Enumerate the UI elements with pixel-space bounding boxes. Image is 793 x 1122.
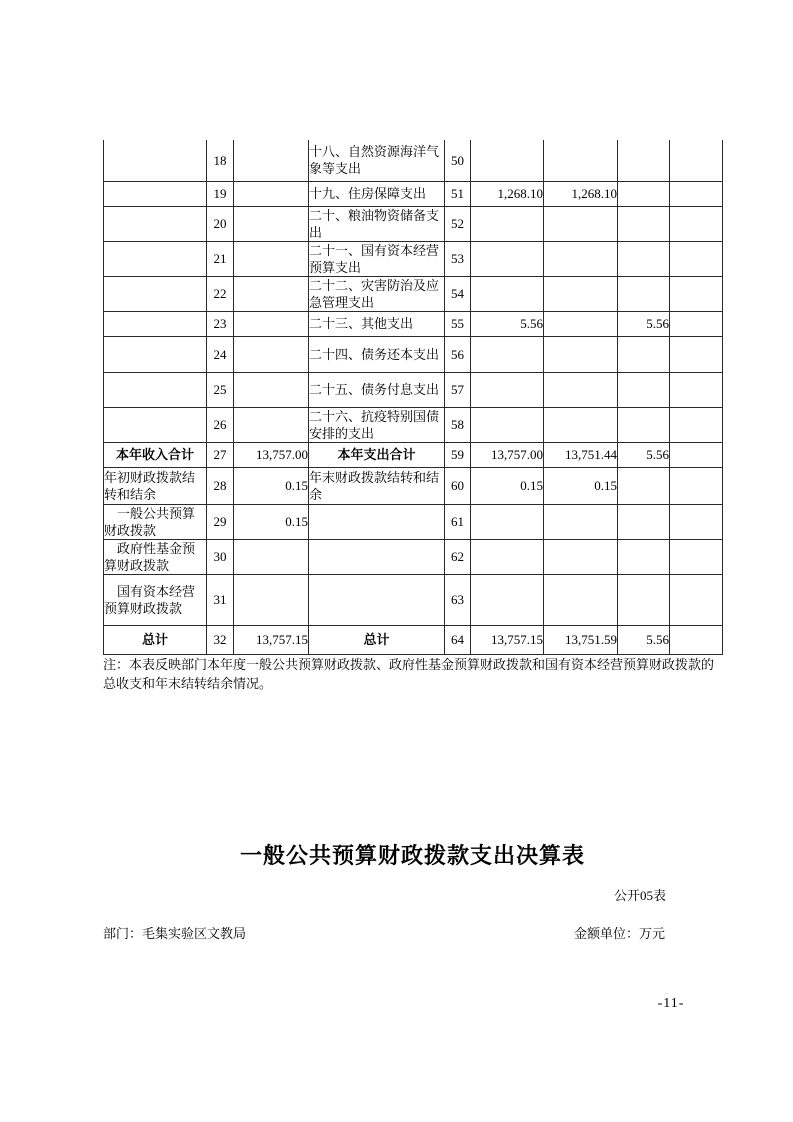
table-cell: 二十一、国有资本经营预算支出	[309, 241, 445, 276]
table-cell	[618, 241, 670, 276]
table-cell: 24	[207, 336, 234, 372]
table-cell: 国有资本经营预算财政拨款	[104, 574, 207, 625]
table-cell: 0.15	[234, 467, 309, 504]
table-cell: 5.56	[618, 442, 670, 467]
table-cell	[309, 574, 445, 625]
table-cell: 年初财政拨款结转和结余	[104, 467, 207, 504]
table-cell: 二十三、其他支出	[309, 311, 445, 336]
table-cell: 政府性基金预算财政拨款	[104, 539, 207, 574]
table-cell	[234, 206, 309, 241]
table-cell	[670, 539, 723, 574]
table-cell: 56	[445, 336, 471, 372]
table-cell	[670, 467, 723, 504]
table-cell: 13,751.59	[544, 625, 618, 654]
table-cell	[544, 504, 618, 539]
table-cell: 13,757.00	[234, 442, 309, 467]
table-cell: 一般公共预算财政拨款	[104, 504, 207, 539]
table-cell: 5.56	[618, 625, 670, 654]
department-label: 部门：毛集实验区文教局	[103, 923, 246, 942]
table-cell	[618, 504, 670, 539]
table-cell	[471, 504, 544, 539]
table-cell: 二十、粮油物资储备支出	[309, 206, 445, 241]
table-row: 21二十一、国有资本经营预算支出53	[104, 241, 723, 276]
table-row: 本年收入合计2713,757.00本年支出合计5913,757.0013,751…	[104, 442, 723, 467]
table-cell: 50	[445, 140, 471, 181]
table-cell: 55	[445, 311, 471, 336]
table-cell	[670, 276, 723, 311]
table-cell: 58	[445, 407, 471, 442]
table-cell	[471, 539, 544, 574]
table-row: 24二十四、债务还本支出56	[104, 336, 723, 372]
table-cell	[544, 276, 618, 311]
table-cell	[618, 574, 670, 625]
table-cell: 5.56	[471, 311, 544, 336]
table-cell: 22	[207, 276, 234, 311]
table-cell	[471, 140, 544, 181]
table-cell: 20	[207, 206, 234, 241]
table-cell	[471, 241, 544, 276]
table-cell: 31	[207, 574, 234, 625]
table-cell: 53	[445, 241, 471, 276]
table-cell: 18	[207, 140, 234, 181]
table-cell	[104, 206, 207, 241]
table-cell	[618, 336, 670, 372]
table-cell: 13,751.44	[544, 442, 618, 467]
table-cell: 64	[445, 625, 471, 654]
table-cell: 62	[445, 539, 471, 574]
table-cell	[544, 241, 618, 276]
table-cell	[618, 467, 670, 504]
table-cell	[234, 241, 309, 276]
document-page: 18十八、自然资源海洋气象等支出5019十九、住房保障支出511,268.101…	[0, 0, 793, 1122]
table-cell	[670, 504, 723, 539]
table-code-label: 公开05表	[103, 885, 666, 904]
table-cell	[618, 206, 670, 241]
table-cell: 0.15	[471, 467, 544, 504]
table-cell: 51	[445, 181, 471, 206]
table-cell: 二十五、债务付息支出	[309, 372, 445, 407]
table-cell	[544, 140, 618, 181]
table-cell: 十八、自然资源海洋气象等支出	[309, 140, 445, 181]
table-row: 22二十二、灾害防治及应急管理支出54	[104, 276, 723, 311]
table-cell	[234, 311, 309, 336]
table-cell: 25	[207, 372, 234, 407]
table-cell	[544, 336, 618, 372]
table-cell: 0.15	[234, 504, 309, 539]
table-cell	[104, 276, 207, 311]
table-cell	[471, 372, 544, 407]
table-cell	[544, 574, 618, 625]
table-cell	[544, 407, 618, 442]
page-number: -11-	[627, 996, 715, 1012]
table-cell: 26	[207, 407, 234, 442]
table-cell: 57	[445, 372, 471, 407]
table-cell: 52	[445, 206, 471, 241]
table-cell: 28	[207, 467, 234, 504]
table-cell: 总计	[104, 625, 207, 654]
table-cell	[618, 276, 670, 311]
table-cell: 13,757.00	[471, 442, 544, 467]
table-cell: 年末财政拨款结转和结余	[309, 467, 445, 504]
table-cell: 63	[445, 574, 471, 625]
table-row: 总计3213,757.15总计6413,757.1513,751.595.56	[104, 625, 723, 654]
table-cell: 二十四、债务还本支出	[309, 336, 445, 372]
table-cell	[670, 241, 723, 276]
table-cell	[544, 311, 618, 336]
table-cell	[104, 140, 207, 181]
table-cell	[544, 539, 618, 574]
table-cell	[471, 276, 544, 311]
table-cell	[670, 407, 723, 442]
table-cell	[234, 372, 309, 407]
table-cell	[471, 574, 544, 625]
table-cell	[670, 140, 723, 181]
table-cell	[234, 181, 309, 206]
table-cell: 29	[207, 504, 234, 539]
table-row: 18十八、自然资源海洋气象等支出50	[104, 140, 723, 181]
table-row: 20二十、粮油物资储备支出52	[104, 206, 723, 241]
table-cell	[234, 539, 309, 574]
table-cell: 13,757.15	[471, 625, 544, 654]
table-header-row: 部门：毛集实验区文教局 金额单位：万元	[103, 923, 665, 942]
table-cell	[309, 504, 445, 539]
table-cell	[471, 336, 544, 372]
table-cell: 总计	[309, 625, 445, 654]
table-cell	[670, 336, 723, 372]
table-cell: 本年支出合计	[309, 442, 445, 467]
table-cell: 1,268.10	[544, 181, 618, 206]
table-cell	[670, 206, 723, 241]
table-cell: 0.15	[544, 467, 618, 504]
table-row: 26二十六、抗疫特别国债安排的支出58	[104, 407, 723, 442]
table-cell	[234, 336, 309, 372]
table-row: 25二十五、债务付息支出57	[104, 372, 723, 407]
table-row: 国有资本经营预算财政拨款3163	[104, 574, 723, 625]
table-cell: 30	[207, 539, 234, 574]
table-cell	[104, 372, 207, 407]
table-cell	[670, 311, 723, 336]
next-table-title: 一般公共预算财政拨款支出决算表	[103, 839, 722, 870]
table-cell	[309, 539, 445, 574]
table-cell: 61	[445, 504, 471, 539]
fiscal-summary-table: 18十八、自然资源海洋气象等支出5019十九、住房保障支出511,268.101…	[103, 140, 723, 655]
table-cell	[104, 241, 207, 276]
table-cell	[618, 181, 670, 206]
table-cell	[544, 372, 618, 407]
table-cell: 十九、住房保障支出	[309, 181, 445, 206]
table-cell: 54	[445, 276, 471, 311]
table-cell	[544, 206, 618, 241]
table-cell: 23	[207, 311, 234, 336]
table-cell	[670, 181, 723, 206]
table-row: 政府性基金预算财政拨款3062	[104, 539, 723, 574]
table-cell	[618, 407, 670, 442]
table-note: 注：本表反映部门本年度一般公共预算财政拨款、政府性基金预算财政拨款和国有资本经营…	[103, 655, 715, 693]
table-cell	[234, 407, 309, 442]
table-cell: 59	[445, 442, 471, 467]
table-cell: 60	[445, 467, 471, 504]
table-cell	[104, 407, 207, 442]
table-cell: 13,757.15	[234, 625, 309, 654]
table-cell: 21	[207, 241, 234, 276]
table-cell	[670, 442, 723, 467]
table-cell	[104, 336, 207, 372]
table-cell	[618, 539, 670, 574]
table-row: 23二十三、其他支出555.565.56	[104, 311, 723, 336]
table-cell	[104, 311, 207, 336]
table-cell: 27	[207, 442, 234, 467]
table-cell	[618, 372, 670, 407]
table-row: 年初财政拨款结转和结余280.15年末财政拨款结转和结余600.150.15	[104, 467, 723, 504]
table-cell	[471, 407, 544, 442]
table-cell	[670, 625, 723, 654]
table-row: 一般公共预算财政拨款290.1561	[104, 504, 723, 539]
table-cell: 二十二、灾害防治及应急管理支出	[309, 276, 445, 311]
table-cell	[234, 140, 309, 181]
table-cell: 32	[207, 625, 234, 654]
table-cell	[670, 574, 723, 625]
table-cell: 二十六、抗疫特别国债安排的支出	[309, 407, 445, 442]
table-cell	[670, 372, 723, 407]
table-cell: 1,268.10	[471, 181, 544, 206]
table-cell	[618, 140, 670, 181]
table-row: 19十九、住房保障支出511,268.101,268.10	[104, 181, 723, 206]
table-cell	[471, 206, 544, 241]
table-cell	[234, 574, 309, 625]
table-cell: 5.56	[618, 311, 670, 336]
table-cell	[104, 181, 207, 206]
table-cell	[234, 276, 309, 311]
table-cell: 19	[207, 181, 234, 206]
amount-unit-label: 金额单位：万元	[574, 923, 665, 942]
table-cell: 本年收入合计	[104, 442, 207, 467]
